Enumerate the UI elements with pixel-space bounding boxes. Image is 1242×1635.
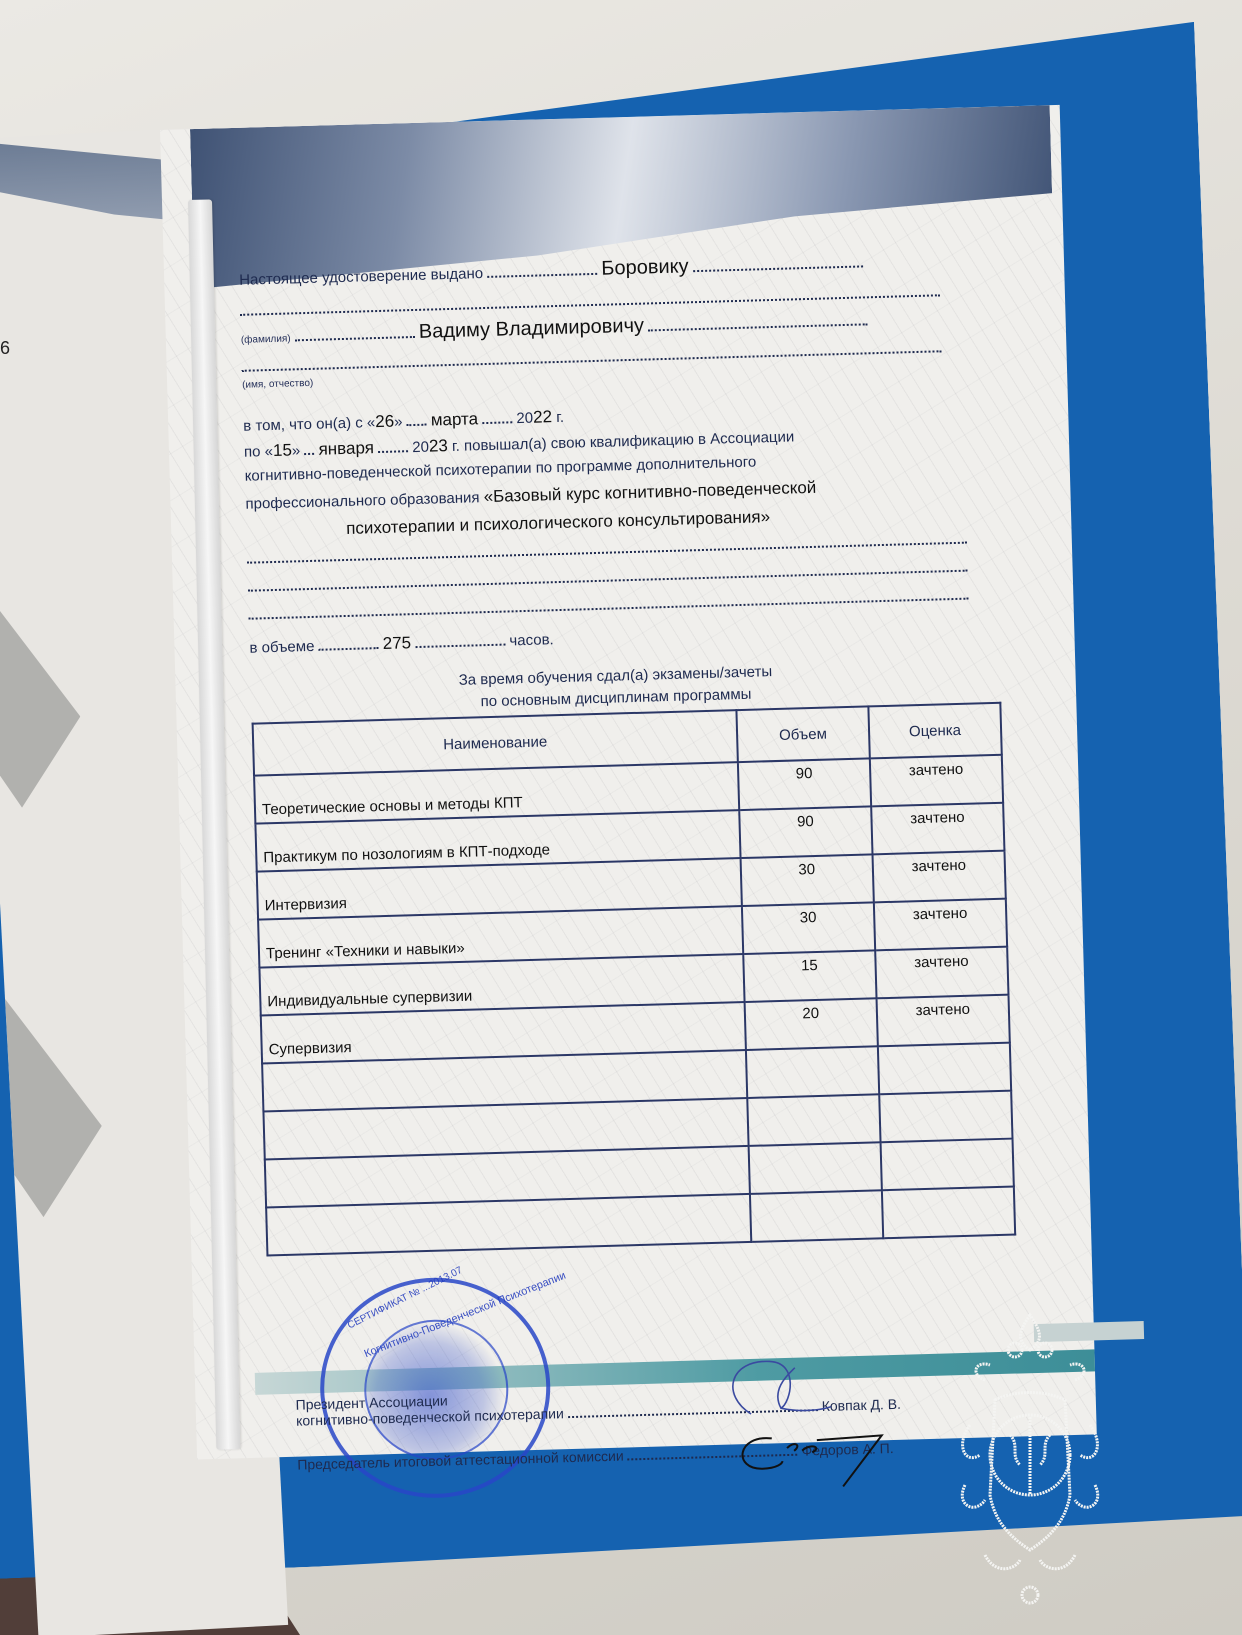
discipline-grade: зачтено [876,995,1009,1047]
certificate-sheet: Настоящее удостоверение выдано Боровику … [160,105,1097,1460]
discipline-volume [748,1142,881,1194]
given-names-caption: (имя, отчество) [242,378,313,391]
discipline-volume: 90 [739,806,872,858]
discipline-grade: зачтено [875,947,1008,999]
discipline-grade: зачтено [871,803,1004,855]
from-year: 22 [533,407,552,427]
discipline-grade [879,1091,1012,1143]
header-volume: Объем [736,706,869,762]
from-day: 26 [375,412,394,432]
brain-crest-watermark-icon [955,1305,1105,1615]
left-page-ornament [5,994,106,1218]
left-page-ornament [0,585,85,809]
to-month: января [318,438,374,459]
president-signature-icon [709,1351,851,1425]
left-page-fragment-text: 6 [0,338,10,359]
discipline-grade: зачтено [872,851,1005,903]
from-month: марта [431,409,479,429]
discipline-grade [878,1043,1011,1095]
discipline-volume: 20 [744,998,877,1050]
disciplines-table: Наименование Объем Оценка Теоретические … [252,702,1017,1257]
discipline-grade: зачтено [870,755,1003,807]
discipline-volume: 90 [738,758,871,810]
discipline-volume: 30 [742,902,875,954]
stamp-globe-emblem [362,1318,510,1462]
discipline-volume [747,1094,880,1146]
discipline-grade [880,1139,1013,1191]
volume-hours: 275 [382,633,411,653]
discipline-volume [746,1046,879,1098]
discipline-volume [750,1190,883,1242]
to-year: 23 [429,436,448,456]
discipline-grade [882,1187,1015,1239]
discipline-volume: 30 [740,854,873,906]
to-day: 15 [273,440,292,460]
surname-value: Боровику [601,255,689,279]
header-grade: Оценка [868,703,1002,759]
discipline-volume: 15 [743,950,876,1002]
chair-signature-icon [731,1420,903,1495]
discipline-grade: зачтено [874,899,1007,951]
surname-caption: (фамилия) [241,333,291,345]
